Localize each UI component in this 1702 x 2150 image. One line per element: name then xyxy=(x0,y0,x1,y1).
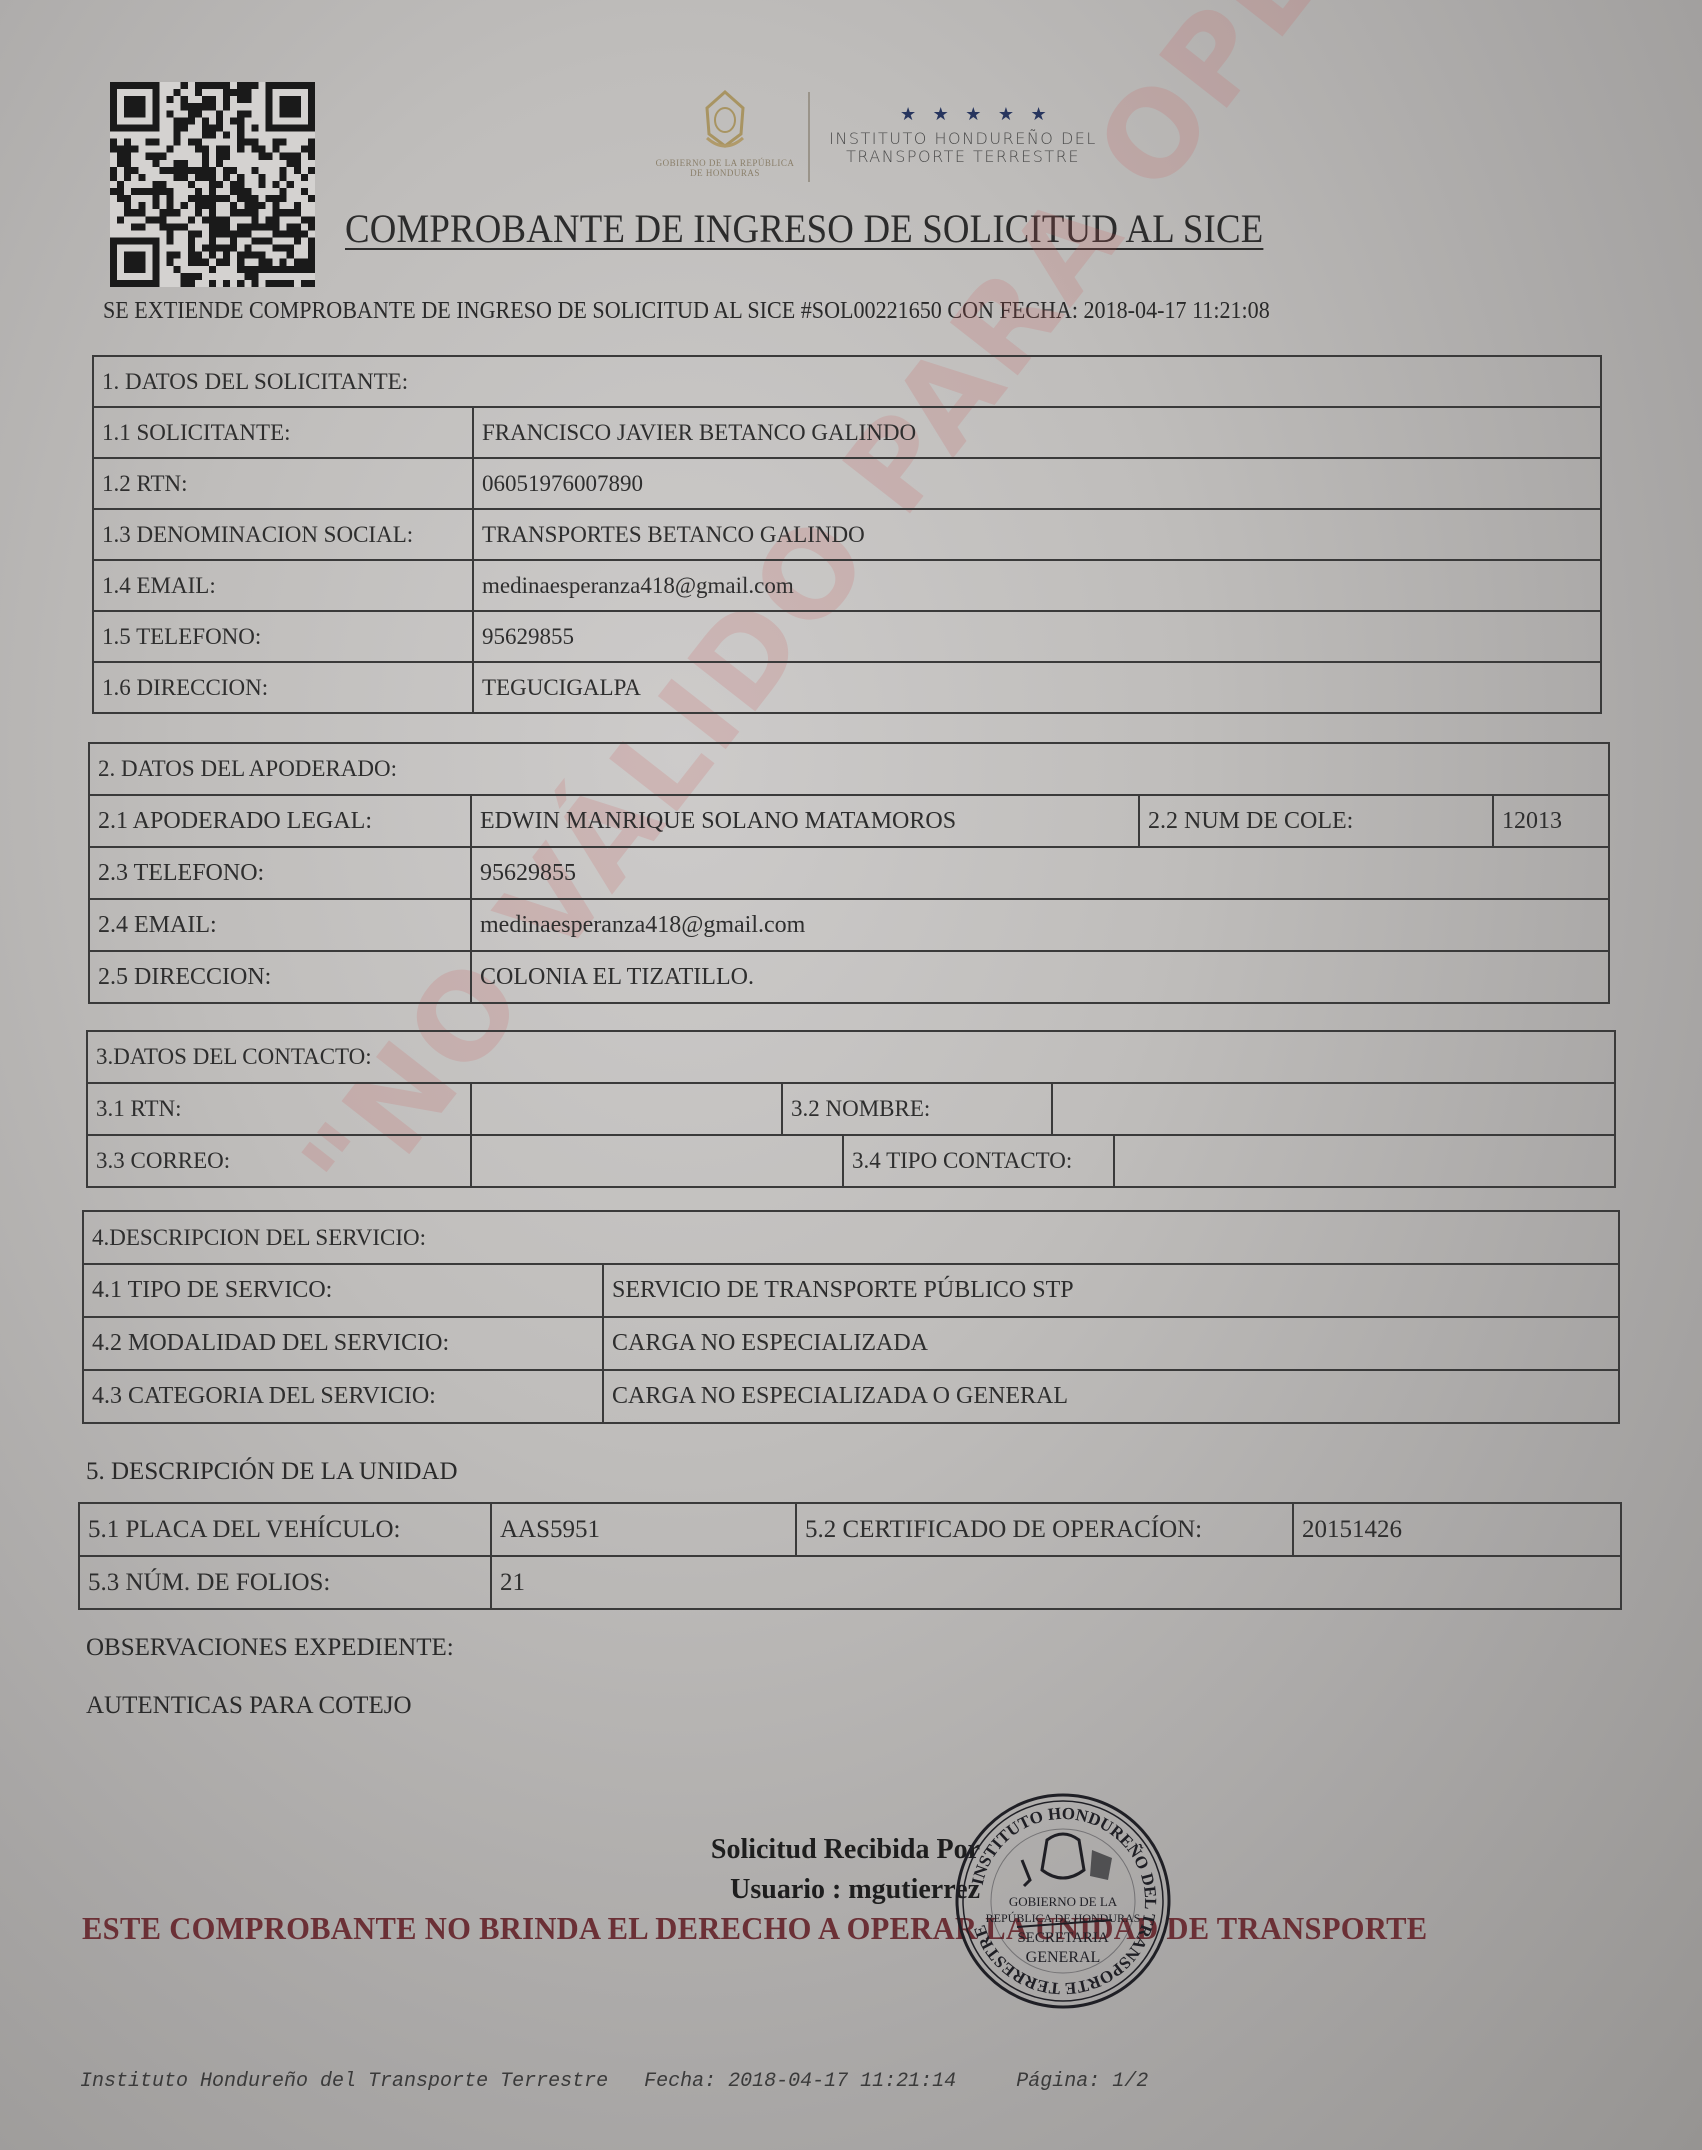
contact-table: 3.DATOS DEL CONTACTO: 3.1 RTN: 3.2 NOMBR… xyxy=(86,1030,1616,1188)
table-row: 1.1 SOLICITANTE:FRANCISCO JAVIER BETANCO… xyxy=(93,407,1601,458)
field-value xyxy=(1052,1083,1615,1135)
field-value: 21 xyxy=(491,1556,1621,1609)
field-value: 20151426 xyxy=(1293,1503,1621,1556)
attorney-table: 2. DATOS DEL APODERADO: 2.1 APODERADO LE… xyxy=(88,742,1610,1004)
table-row: 2.5 DIRECCION:COLONIA EL TIZATILLO. xyxy=(89,951,1609,1003)
field-value: medinaesperanza418@gmail.com xyxy=(473,560,1601,611)
section-title: 5. DESCRIPCIÓN DE LA UNIDAD xyxy=(86,1458,458,1486)
page-footer: Instituto Hondureño del Transporte Terre… xyxy=(80,2070,1148,2093)
seal-line-3: SECRETARIA xyxy=(1017,1930,1108,1946)
field-value: FRANCISCO JAVIER BETANCO GALINDO xyxy=(473,407,1601,458)
page-number: Página: 1/2 xyxy=(1016,2070,1148,2093)
table-row: 1.6 DIRECCION:TEGUCIGALPA xyxy=(93,662,1601,713)
seal-line-4: GENERAL xyxy=(1026,1949,1101,1966)
field-label: 2.2 NUM DE COLE: xyxy=(1139,795,1493,847)
field-label: 3.4 TIPO CONTACTO: xyxy=(843,1135,1114,1187)
table-row: 4.1 TIPO DE SERVICO:SERVICIO DE TRANSPOR… xyxy=(83,1264,1619,1317)
official-seal-icon: INSTITUTO HONDUREÑO DEL TRANSPORTE TERRE… xyxy=(952,1790,1174,2012)
field-label: 1.6 DIRECCION: xyxy=(93,662,473,713)
section-title: 1. DATOS DEL SOLICITANTE: xyxy=(93,356,1601,407)
field-value: CARGA NO ESPECIALIZADA xyxy=(603,1317,1619,1370)
field-label: 3.3 CORREO: xyxy=(87,1135,471,1187)
footer-institute: Instituto Hondureño del Transporte Terre… xyxy=(80,2070,608,2093)
logo-divider xyxy=(808,92,810,182)
field-label: 2.3 TELEFONO: xyxy=(89,847,471,899)
institute-name: INSTITUTO HONDUREÑO DEL TRANSPORTE TERRE… xyxy=(818,130,1108,166)
received-user: Usuario : mgutierrez xyxy=(560,1870,980,1910)
table-row: 1.5 TELEFONO:95629855 xyxy=(93,611,1601,662)
table-row: 3.3 CORREO: 3.4 TIPO CONTACTO: xyxy=(87,1135,1615,1187)
receipt-statement: SE EXTIENDE COMPROBANTE DE INGRESO DE SO… xyxy=(103,298,1270,325)
coat-of-arms-icon xyxy=(685,88,765,158)
field-value: CARGA NO ESPECIALIZADA O GENERAL xyxy=(603,1370,1619,1423)
received-by: Solicitud Recibida Por Usuario : mgutier… xyxy=(560,1830,980,1910)
disclaimer: ESTE COMPROBANTE NO BRINDA EL DERECHO A … xyxy=(82,1910,1427,1947)
institute-line-2: TRANSPORTE TERRESTRE xyxy=(818,148,1108,166)
applicant-table: 1. DATOS DEL SOLICITANTE: 1.1 SOLICITANT… xyxy=(92,355,1602,714)
table-row: 3.1 RTN: 3.2 NOMBRE: xyxy=(87,1083,1615,1135)
field-label: 2.1 APODERADO LEGAL: xyxy=(89,795,471,847)
table-row: 5.3 NÚM. DE FOLIOS: 21 xyxy=(79,1556,1621,1609)
section-title: 2. DATOS DEL APODERADO: xyxy=(89,743,1609,795)
table-row: 2.1 APODERADO LEGAL: EDWIN MANRIQUE SOLA… xyxy=(89,795,1609,847)
field-value: medinaesperanza418@gmail.com xyxy=(471,899,1609,951)
field-label: 1.1 SOLICITANTE: xyxy=(93,407,473,458)
field-value: TRANSPORTES BETANCO GALINDO xyxy=(473,509,1601,560)
qr-code-icon xyxy=(110,82,315,287)
table-row: 4.2 MODALIDAD DEL SERVICIO:CARGA NO ESPE… xyxy=(83,1317,1619,1370)
seal-line-1: GOBIERNO DE LA xyxy=(1009,1894,1118,1909)
field-label: 5.1 PLACA DEL VEHÍCULO: xyxy=(79,1503,491,1556)
field-label: 1.4 EMAIL: xyxy=(93,560,473,611)
field-label: 5.3 NÚM. DE FOLIOS: xyxy=(79,1556,491,1609)
field-value: 95629855 xyxy=(471,847,1609,899)
institute-line-1: INSTITUTO HONDUREÑO DEL xyxy=(818,130,1108,148)
table-row: 2.3 TELEFONO:95629855 xyxy=(89,847,1609,899)
field-label: 4.3 CATEGORIA DEL SERVICIO: xyxy=(83,1370,603,1423)
field-value: 06051976007890 xyxy=(473,458,1601,509)
table-row: 2.4 EMAIL:medinaesperanza418@gmail.com xyxy=(89,899,1609,951)
field-label: 3.2 NOMBRE: xyxy=(782,1083,1052,1135)
observations-value: AUTENTICAS PARA COTEJO xyxy=(86,1692,412,1720)
field-value xyxy=(471,1083,782,1135)
field-label: 4.2 MODALIDAD DEL SERVICIO: xyxy=(83,1317,603,1370)
observations-label: OBSERVACIONES EXPEDIENTE: xyxy=(86,1634,454,1662)
field-label: 5.2 CERTIFICADO DE OPERACÍON: xyxy=(796,1503,1293,1556)
service-table: 4.DESCRIPCION DEL SERVICIO: 4.1 TIPO DE … xyxy=(82,1210,1620,1424)
field-label: 1.3 DENOMINACION SOCIAL: xyxy=(93,509,473,560)
section-title: 3.DATOS DEL CONTACTO: xyxy=(87,1031,1615,1083)
section-title: 4.DESCRIPCION DEL SERVICIO: xyxy=(83,1211,1619,1264)
field-label: 2.4 EMAIL: xyxy=(89,899,471,951)
table-row: 4.3 CATEGORIA DEL SERVICIO:CARGA NO ESPE… xyxy=(83,1370,1619,1423)
footer-date: Fecha: 2018-04-17 11:21:14 xyxy=(644,2070,956,2093)
field-label: 3.1 RTN: xyxy=(87,1083,471,1135)
table-row: 1.3 DENOMINACION SOCIAL:TRANSPORTES BETA… xyxy=(93,509,1601,560)
field-label: 2.5 DIRECCION: xyxy=(89,951,471,1003)
table-row: 1.2 RTN:06051976007890 xyxy=(93,458,1601,509)
unit-table: 5.1 PLACA DEL VEHÍCULO: AAS5951 5.2 CERT… xyxy=(78,1502,1622,1610)
page-title: COMPROBANTE DE INGRESO DE SOLICITUD AL S… xyxy=(345,205,1263,252)
field-value xyxy=(471,1135,843,1187)
field-label: 1.2 RTN: xyxy=(93,458,473,509)
field-value: AAS5951 xyxy=(491,1503,796,1556)
table-row: 5.1 PLACA DEL VEHÍCULO: AAS5951 5.2 CERT… xyxy=(79,1503,1621,1556)
table-row: 1.4 EMAIL:medinaesperanza418@gmail.com xyxy=(93,560,1601,611)
field-label: 4.1 TIPO DE SERVICO: xyxy=(83,1264,603,1317)
field-label: 1.5 TELEFONO: xyxy=(93,611,473,662)
field-value: 12013 xyxy=(1493,795,1609,847)
field-value: SERVICIO DE TRANSPORTE PÚBLICO STP xyxy=(603,1264,1619,1317)
field-value: 95629855 xyxy=(473,611,1601,662)
field-value xyxy=(1114,1135,1615,1187)
received-by-line: Solicitud Recibida Por xyxy=(560,1830,980,1870)
government-caption: GOBIERNO DE LA REPÚBLICA DE HONDURAS xyxy=(650,158,800,178)
field-value: COLONIA EL TIZATILLO. xyxy=(471,951,1609,1003)
field-value: EDWIN MANRIQUE SOLANO MATAMOROS xyxy=(471,795,1139,847)
field-value: TEGUCIGALPA xyxy=(473,662,1601,713)
stars-icon: ★ ★ ★ ★ ★ xyxy=(900,104,1053,125)
